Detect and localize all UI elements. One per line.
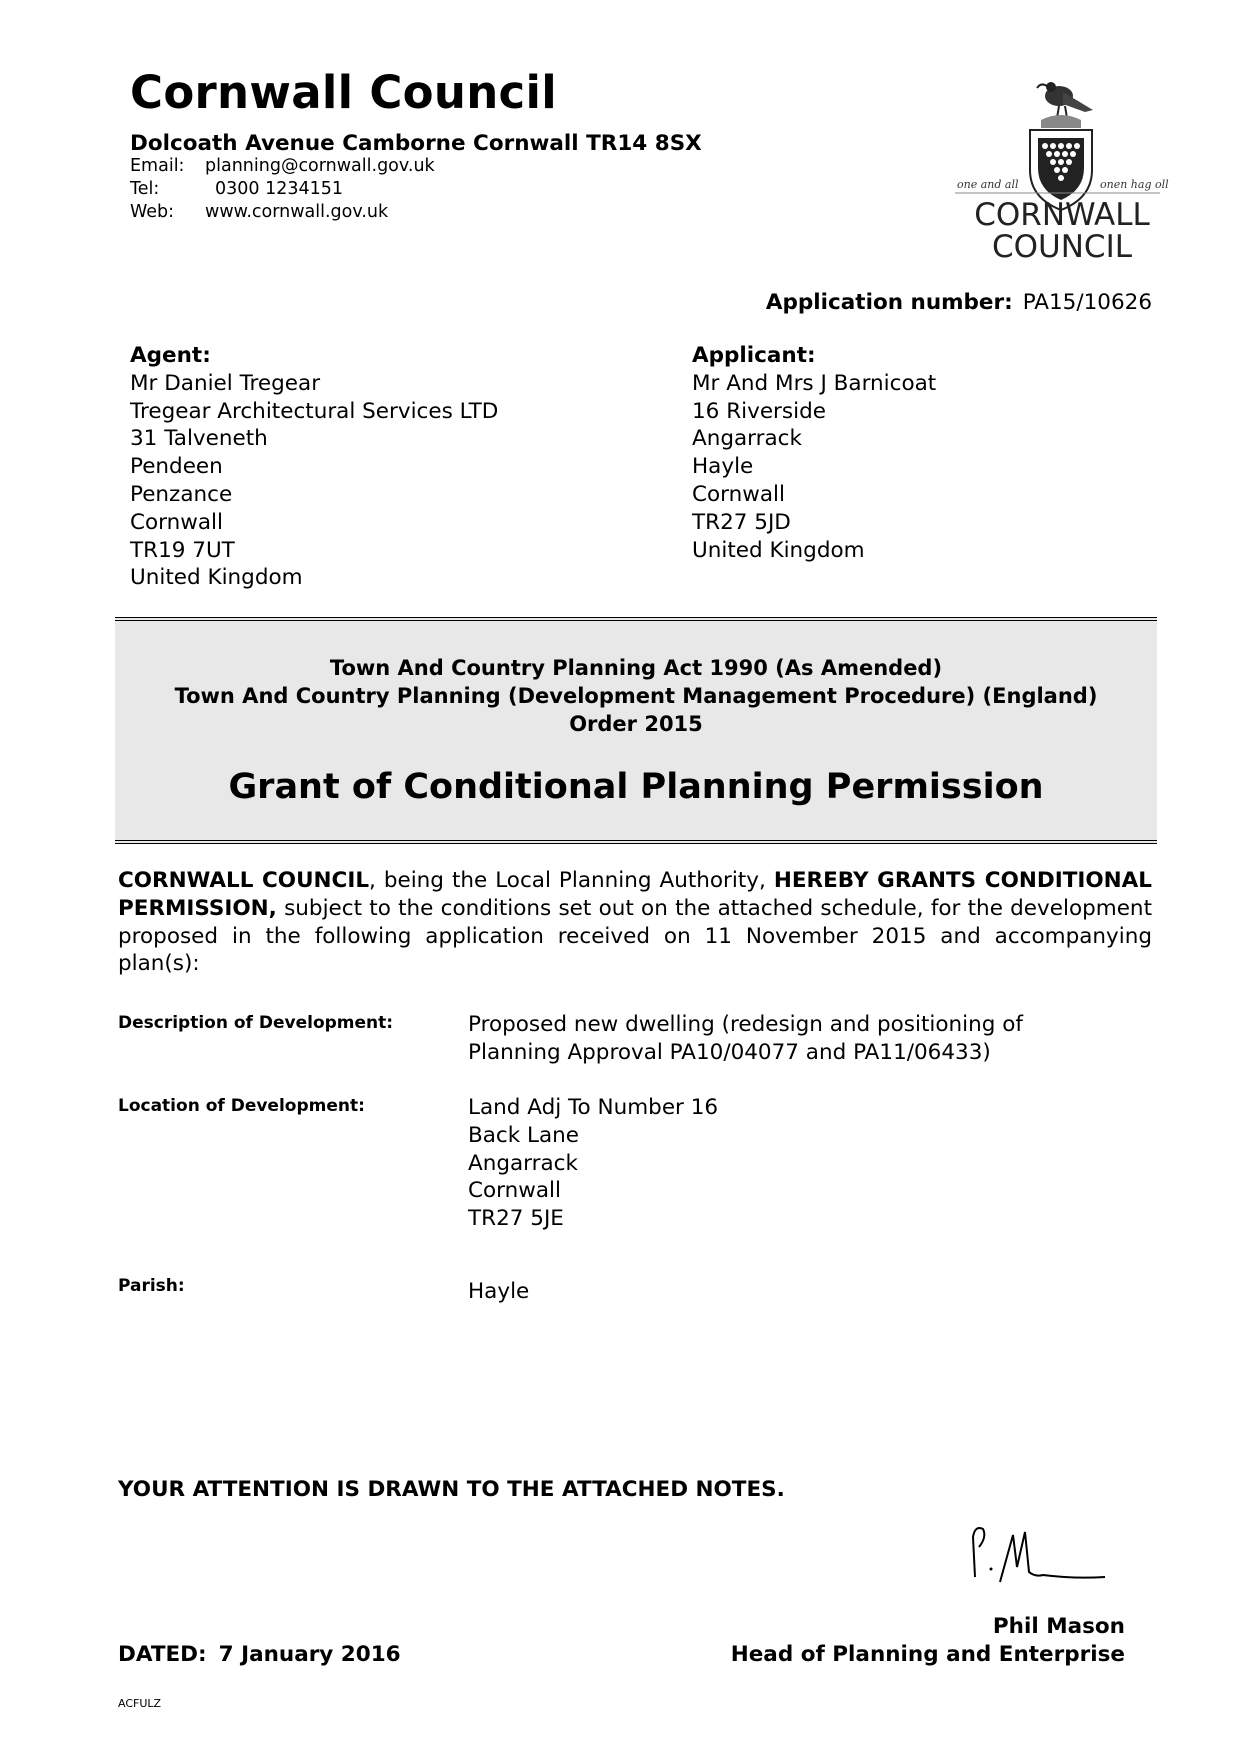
description-line: Proposed new dwelling (redesign and posi… xyxy=(468,1011,1023,1039)
svg-text:COUNCIL: COUNCIL xyxy=(992,229,1133,262)
applicant-line: Hayle xyxy=(692,453,936,481)
svg-text:CORNWALL: CORNWALL xyxy=(974,197,1150,233)
svg-text:one and all: one and all xyxy=(957,178,1019,191)
act-line-3: Order 2015 xyxy=(115,710,1157,738)
applicant-block: Applicant: Mr And Mrs J Barnicoat 16 Riv… xyxy=(692,342,936,564)
dated-label: DATED: xyxy=(118,1642,207,1667)
agent-line: TR19 7UT xyxy=(130,537,498,565)
description-value: Proposed new dwelling (redesign and posi… xyxy=(468,1011,1023,1067)
parish-label: Parish: xyxy=(118,1276,185,1296)
applicant-line: United Kingdom xyxy=(692,537,936,565)
document-title: Grant of Conditional Planning Permission xyxy=(115,767,1157,807)
agent-line: Penzance xyxy=(130,481,498,509)
applicant-line: Angarrack xyxy=(692,425,936,453)
cornwall-council-crest-icon: one and all onen hag oll CORNWALL COUNCI… xyxy=(955,62,1170,262)
cornwall-council-logo: one and all onen hag oll CORNWALL COUNCI… xyxy=(955,62,1170,262)
document-code: ACFULZ xyxy=(118,1697,161,1710)
contact-tel-value: 0300 1234151 xyxy=(205,179,343,199)
location-value: Land Adj To Number 16 Back Lane Angarrac… xyxy=(468,1094,718,1233)
organization-address: Dolcoath Avenue Camborne Cornwall TR14 8… xyxy=(130,131,702,156)
contact-email-value: planning@cornwall.gov.uk xyxy=(205,156,435,176)
application-number: Application number:PA15/10626 xyxy=(766,290,1152,315)
legislation-banner: Town And Country Planning Act 1990 (As A… xyxy=(115,617,1157,844)
application-number-value: PA15/10626 xyxy=(1023,290,1152,315)
agent-line: United Kingdom xyxy=(130,564,498,592)
decision-text-1: , being the Local Planning Authority, xyxy=(369,868,774,893)
contact-email: Email:planning@cornwall.gov.uk xyxy=(130,156,435,176)
contact-tel-label: Tel: xyxy=(130,179,205,199)
location-line: Angarrack xyxy=(468,1150,718,1178)
location-label: Location of Development: xyxy=(118,1096,365,1116)
applicant-heading: Applicant: xyxy=(692,342,936,370)
dated-value: 7 January 2016 xyxy=(219,1642,401,1667)
applicant-line: Cornwall xyxy=(692,481,936,509)
agent-line: Mr Daniel Tregear xyxy=(130,370,498,398)
signer-title: Head of Planning and Enterprise xyxy=(731,1642,1125,1667)
organization-name: Cornwall Council xyxy=(130,66,557,119)
agent-line: Pendeen xyxy=(130,453,498,481)
act-line-2: Town And Country Planning (Development M… xyxy=(115,682,1157,710)
applicant-line: 16 Riverside xyxy=(692,398,936,426)
applicant-line: Mr And Mrs J Barnicoat xyxy=(692,370,936,398)
decision-paragraph: CORNWALL COUNCIL, being the Local Planni… xyxy=(118,867,1152,978)
agent-line: Tregear Architectural Services LTD xyxy=(130,398,498,426)
parish-value: Hayle xyxy=(468,1278,529,1306)
decision-bold-1: CORNWALL COUNCIL xyxy=(118,868,369,893)
contact-website: Web:www.cornwall.gov.uk xyxy=(130,202,388,222)
dated-line: DATED:7 January 2016 xyxy=(118,1642,401,1667)
agent-block: Agent: Mr Daniel Tregear Tregear Archite… xyxy=(130,342,498,592)
attention-notice: YOUR ATTENTION IS DRAWN TO THE ATTACHED … xyxy=(118,1477,785,1502)
location-line: Cornwall xyxy=(468,1177,718,1205)
contact-email-label: Email: xyxy=(130,156,205,176)
svg-text:onen hag oll: onen hag oll xyxy=(1100,178,1169,191)
act-line-1: Town And Country Planning Act 1990 (As A… xyxy=(115,654,1157,682)
applicant-line: TR27 5JD xyxy=(692,509,936,537)
agent-line: 31 Talveneth xyxy=(130,425,498,453)
contact-telephone: Tel:0300 1234151 xyxy=(130,179,343,199)
signer-name: Phil Mason xyxy=(993,1614,1125,1639)
handwritten-signature-icon xyxy=(965,1517,1145,1592)
contact-web-label: Web: xyxy=(130,202,205,222)
application-number-label: Application number: xyxy=(766,290,1013,315)
location-line: Land Adj To Number 16 xyxy=(468,1094,718,1122)
contact-web-value: www.cornwall.gov.uk xyxy=(205,202,388,222)
location-line: Back Lane xyxy=(468,1122,718,1150)
description-label: Description of Development: xyxy=(118,1013,393,1033)
description-line: Planning Approval PA10/04077 and PA11/06… xyxy=(468,1039,1023,1067)
agent-line: Cornwall xyxy=(130,509,498,537)
location-line: TR27 5JE xyxy=(468,1205,718,1233)
agent-heading: Agent: xyxy=(130,342,498,370)
